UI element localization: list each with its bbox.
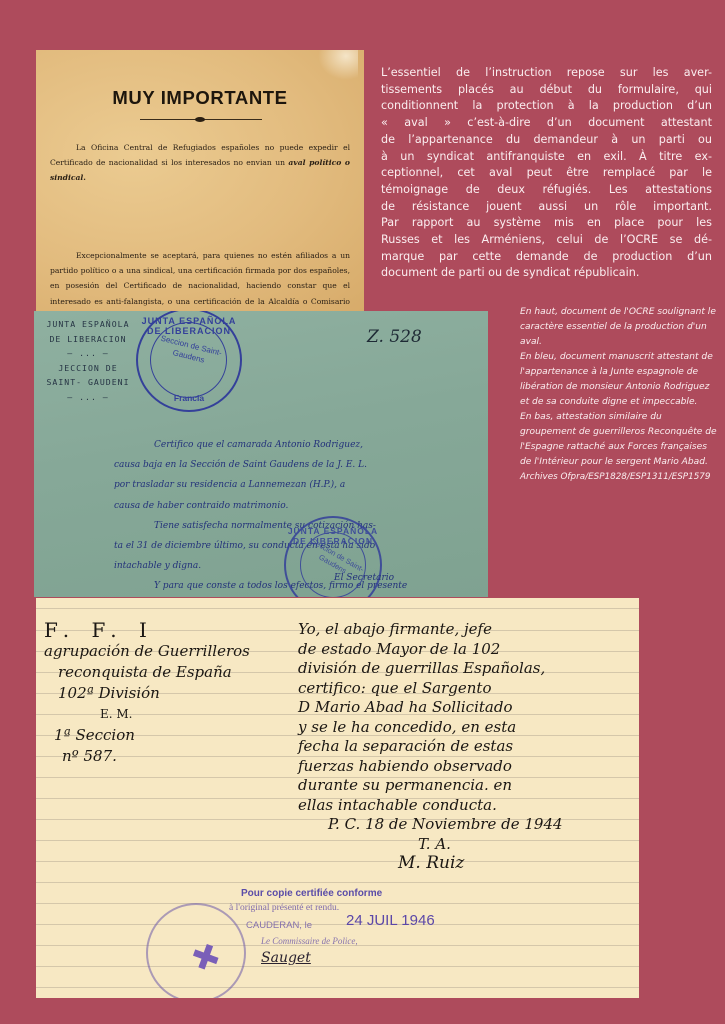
handwritten-line: causa baja en la Sección de Saint Gauden… [114,455,480,475]
caption-top: En haut, document de l'OCRE soulignant l… [520,305,720,350]
ffi-handwritten-line: y se le ha concedido, en esta [298,718,638,738]
ffi-letterhead: F. F. Iagrupación de Guerrillerosreconqu… [44,620,294,767]
letterhead-line: – ... – [42,346,134,361]
ffi-date: P. C. 18 de Noviembre de 1944 [298,815,638,835]
ffi-handwritten-line: durante su permanencia. en [298,776,638,796]
intro-line: « aval » c’est-à-dire d’un document atte… [381,115,712,132]
ffi-letterhead-line: F. F. I [44,620,294,641]
intro-line: conditionnent la protection à la product… [381,98,712,115]
handwritten-line: Certifico que el camarada Antonio Rodrig… [114,435,480,455]
ffi-handwritten-line: Yo, el abajo firmante, jefe [298,620,638,640]
intro-text: L’essentiel de l’instruction repose sur … [381,65,712,282]
intro-line: L’essentiel de l’instruction repose sur … [381,65,712,82]
ffi-letterhead-line: E. M. [44,704,294,725]
handwritten-line: causa de haber contraido matrimonio. [114,496,480,516]
intro-line: marque par cette demande de production d… [381,249,712,266]
intro-line: document de parti ou de syndicat républi… [381,265,712,282]
ffi-handwritten-line: de estado Mayor de la 102 [298,640,638,660]
letterhead-line: SAINT- GAUDENI [42,375,134,390]
ffi-initials: T. A. [298,835,638,855]
intro-line: ceptionnel, cet aval peut être remplacé … [381,165,712,182]
ffi-letterhead-line: agrupación de Guerrilleros [44,641,294,662]
ffi-letterhead-line: 102ª División [44,683,294,704]
ffi-letterhead-line: 1ª Seccion [44,725,294,746]
intro-line: de résistance jouent aussi un rôle impor… [381,199,712,216]
ffi-handwritten-line: fecha la separación de estas [298,737,638,757]
ffi-handwritten-line: fuerzas habiendo observado [298,757,638,777]
ornamental-rule [140,119,262,120]
ffi-handwritten-text: Yo, el abajo firmante, jefede estado May… [298,620,638,874]
ffi-letterhead-line: nº 587. [44,746,294,767]
handwritten-line: por trasladar su residencia a Lannemezan… [114,475,480,495]
paper-crease [318,50,358,80]
intro-line: Russes et les Arméniens, celui de l’OCRE… [381,232,712,249]
junta-letterhead: JUNTA ESPAÑOLADE LIBERACION– ... –JECCIO… [42,317,134,404]
ffi-handwritten-line: ellas intachable conducta. [298,796,638,816]
notice-paragraph-1: La Oficina Central de Refugiados español… [50,140,350,186]
ffi-signature: M. Ruiz [298,854,638,874]
junta-stamp: JUNTA ESPAÑOLA DE LIBERACION Seccion de … [136,311,242,412]
junta-certificate-document: JUNTA ESPAÑOLADE LIBERACION– ... –JECCIO… [34,311,488,597]
intro-line: témoignage de deux réfugiés. Les attesta… [381,182,712,199]
caption-archives: Archives Ofpra/ESP1828/ESP1311/ESP1579 [520,470,720,485]
ffi-letterhead-line: reconquista de España [44,662,294,683]
letterhead-line: DE LIBERACION [42,332,134,347]
figure-caption: En haut, document de l'OCRE soulignant l… [520,305,720,485]
reference-number: Z. 528 [367,327,422,347]
letterhead-line: JUNTA ESPAÑOLA [42,317,134,332]
caption-middle: En bleu, document manuscrit attestant de… [520,350,720,410]
ocre-notice-document: MUY IMPORTANTE La Oficina Central de Ref… [36,50,364,311]
ffi-certificate-document: F. F. Iagrupación de Guerrillerosreconqu… [36,598,639,998]
notice-title: MUY IMPORTANTE [36,87,364,109]
intro-line: à un syndicat antifranquiste en exil. À … [381,149,712,166]
junta-signature: El Secretario [334,573,394,583]
intro-line: Par rapport au système mis en place pour… [381,215,712,232]
ffi-handwritten-line: D Mario Abad ha Sollicitado [298,698,638,718]
ffi-handwritten-line: certifico: que el Sargento [298,679,638,699]
stamp-date: 24 JUIL 1946 [346,912,435,929]
notice-paragraph-2: Excepcionalmente se aceptará, para quien… [50,248,350,311]
ffi-handwritten-line: división de guerrillas Españolas, [298,659,638,679]
letterhead-line: JECCION DE [42,361,134,376]
junta-stamp-lower: JUNTA ESPAÑOLA DE LIBERACION Seccion de … [284,516,382,597]
intro-line: tissements placés au début du formulaire… [381,82,712,99]
letterhead-line: – ... – [42,390,134,405]
police-signature: Sauget [261,950,311,966]
intro-line: de l’appartenance du demandeur à un part… [381,132,712,149]
caption-bottom: En bas, attestation similaire du groupem… [520,410,720,470]
